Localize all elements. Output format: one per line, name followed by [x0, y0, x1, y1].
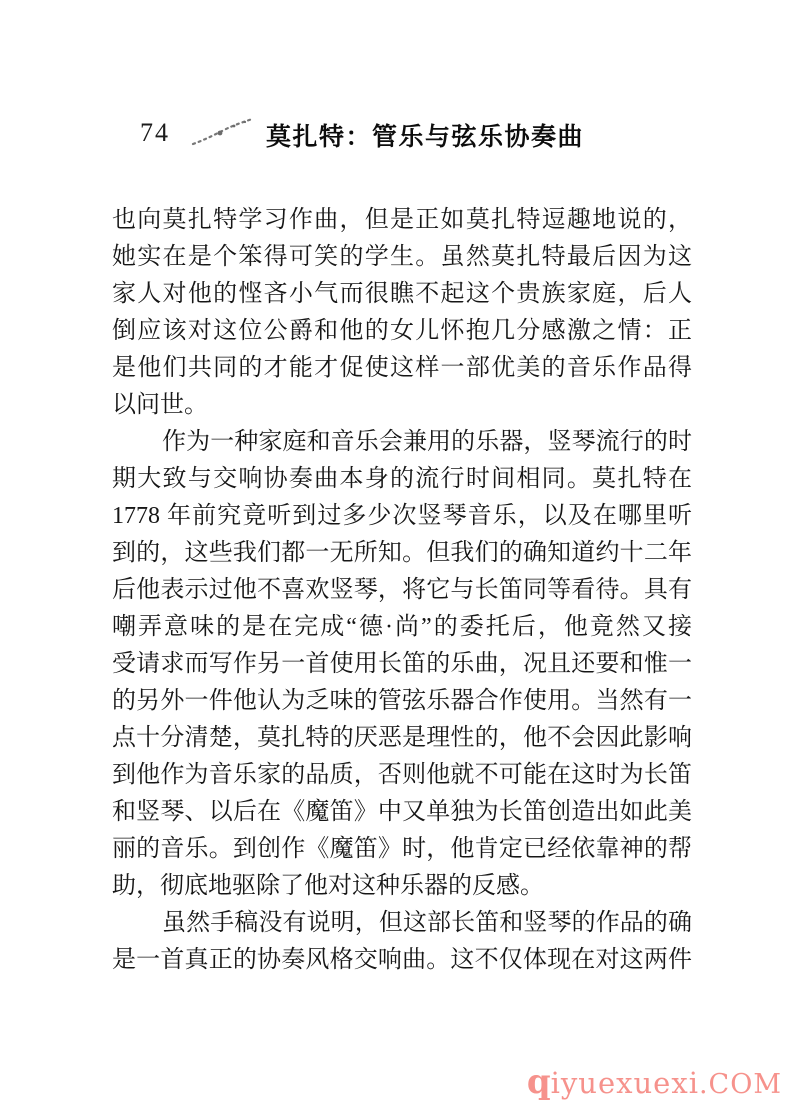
- text-line: 期大致与交响协奏曲本身的流行时间相同。莫扎特在: [112, 461, 692, 498]
- text-line: 到的，这些我们都一无所知。但我们的确知道约十二年: [112, 535, 692, 572]
- text-line: 到他作为音乐家的品质，否则他就不可能在这时为长笛: [112, 757, 692, 794]
- text-line: 点十分清楚，莫扎特的厌恶是理性的，他不会因此影响: [112, 720, 692, 757]
- text-line: 助，彻底地驱除了他对这种乐器的反感。: [112, 868, 692, 905]
- page-body: 也向莫扎特学习作曲，但是正如莫扎特逗趣地说的，她实在是个笨得可笑的学生。虽然莫扎…: [112, 202, 692, 979]
- text-line: 虽然手稿没有说明，但这部长笛和竖琴的作品的确: [112, 905, 692, 942]
- text-line: 嘲弄意味的是在完成“德·尚”的委托后，他竟然又接: [112, 609, 692, 646]
- text-line: 后他表示过他不喜欢竖琴，将它与长笛同等看待。具有: [112, 572, 692, 609]
- running-head-title: 莫扎特：管乐与弦乐协奏曲: [266, 117, 584, 153]
- watermark-name: iyuexuexi: [551, 1066, 699, 1100]
- paragraph: 虽然手稿没有说明，但这部长笛和竖琴的作品的确是一首真正的协奏风格交响曲。这不仅体…: [112, 905, 692, 979]
- text-line: 家人对他的悭吝小气而很瞧不起这个贵族家庭，后人: [112, 276, 692, 313]
- text-line: 倒应该对这位公爵和他的女儿怀抱几分感激之情：正: [112, 313, 692, 350]
- text-line: 受请求而写作另一首使用长笛的乐曲，况且还要和惟一: [112, 646, 692, 683]
- text-line: 作为一种家庭和音乐会兼用的乐器，竖琴流行的时: [112, 424, 692, 461]
- watermark-q: q: [527, 1062, 551, 1102]
- paragraph: 也向莫扎特学习作曲，但是正如莫扎特逗趣地说的，她实在是个笨得可笑的学生。虽然莫扎…: [112, 202, 692, 424]
- text-line: 以问世。: [112, 387, 692, 424]
- text-line: 也向莫扎特学习作曲，但是正如莫扎特逗趣地说的，: [112, 202, 692, 239]
- watermark: qiyuexuexi.COM: [527, 1062, 782, 1102]
- text-line: 的另外一件他认为乏味的管弦乐器合作使用。当然有一: [112, 683, 692, 720]
- text-line: 丽的音乐。到创作《魔笛》时，他肯定已经依靠神的帮: [112, 831, 692, 868]
- text-line: 和竖琴、以后在《魔笛》中又单独为长笛创造出如此美: [112, 794, 692, 831]
- text-line: 是一首真正的协奏风格交响曲。这不仅体现在对这两件: [112, 942, 692, 979]
- pencil-smudge-artifact: [190, 116, 256, 148]
- page-number: 74: [140, 118, 170, 148]
- text-line: 她实在是个笨得可笑的学生。虽然莫扎特最后因为这: [112, 239, 692, 276]
- text-line: 1778 年前究竟听到过多少次竖琴音乐，以及在哪里听: [112, 498, 692, 535]
- watermark-domain: .COM: [699, 1069, 782, 1100]
- text-line: 是他们共同的才能才促使这样一部优美的音乐作品得: [112, 350, 692, 387]
- paragraph: 作为一种家庭和音乐会兼用的乐器，竖琴流行的时期大致与交响协奏曲本身的流行时间相同…: [112, 424, 692, 905]
- book-page: 74 莫扎特：管乐与弦乐协奏曲 也向莫扎特学习作曲，但是正如莫扎特逗趣地说的，她…: [0, 0, 794, 1120]
